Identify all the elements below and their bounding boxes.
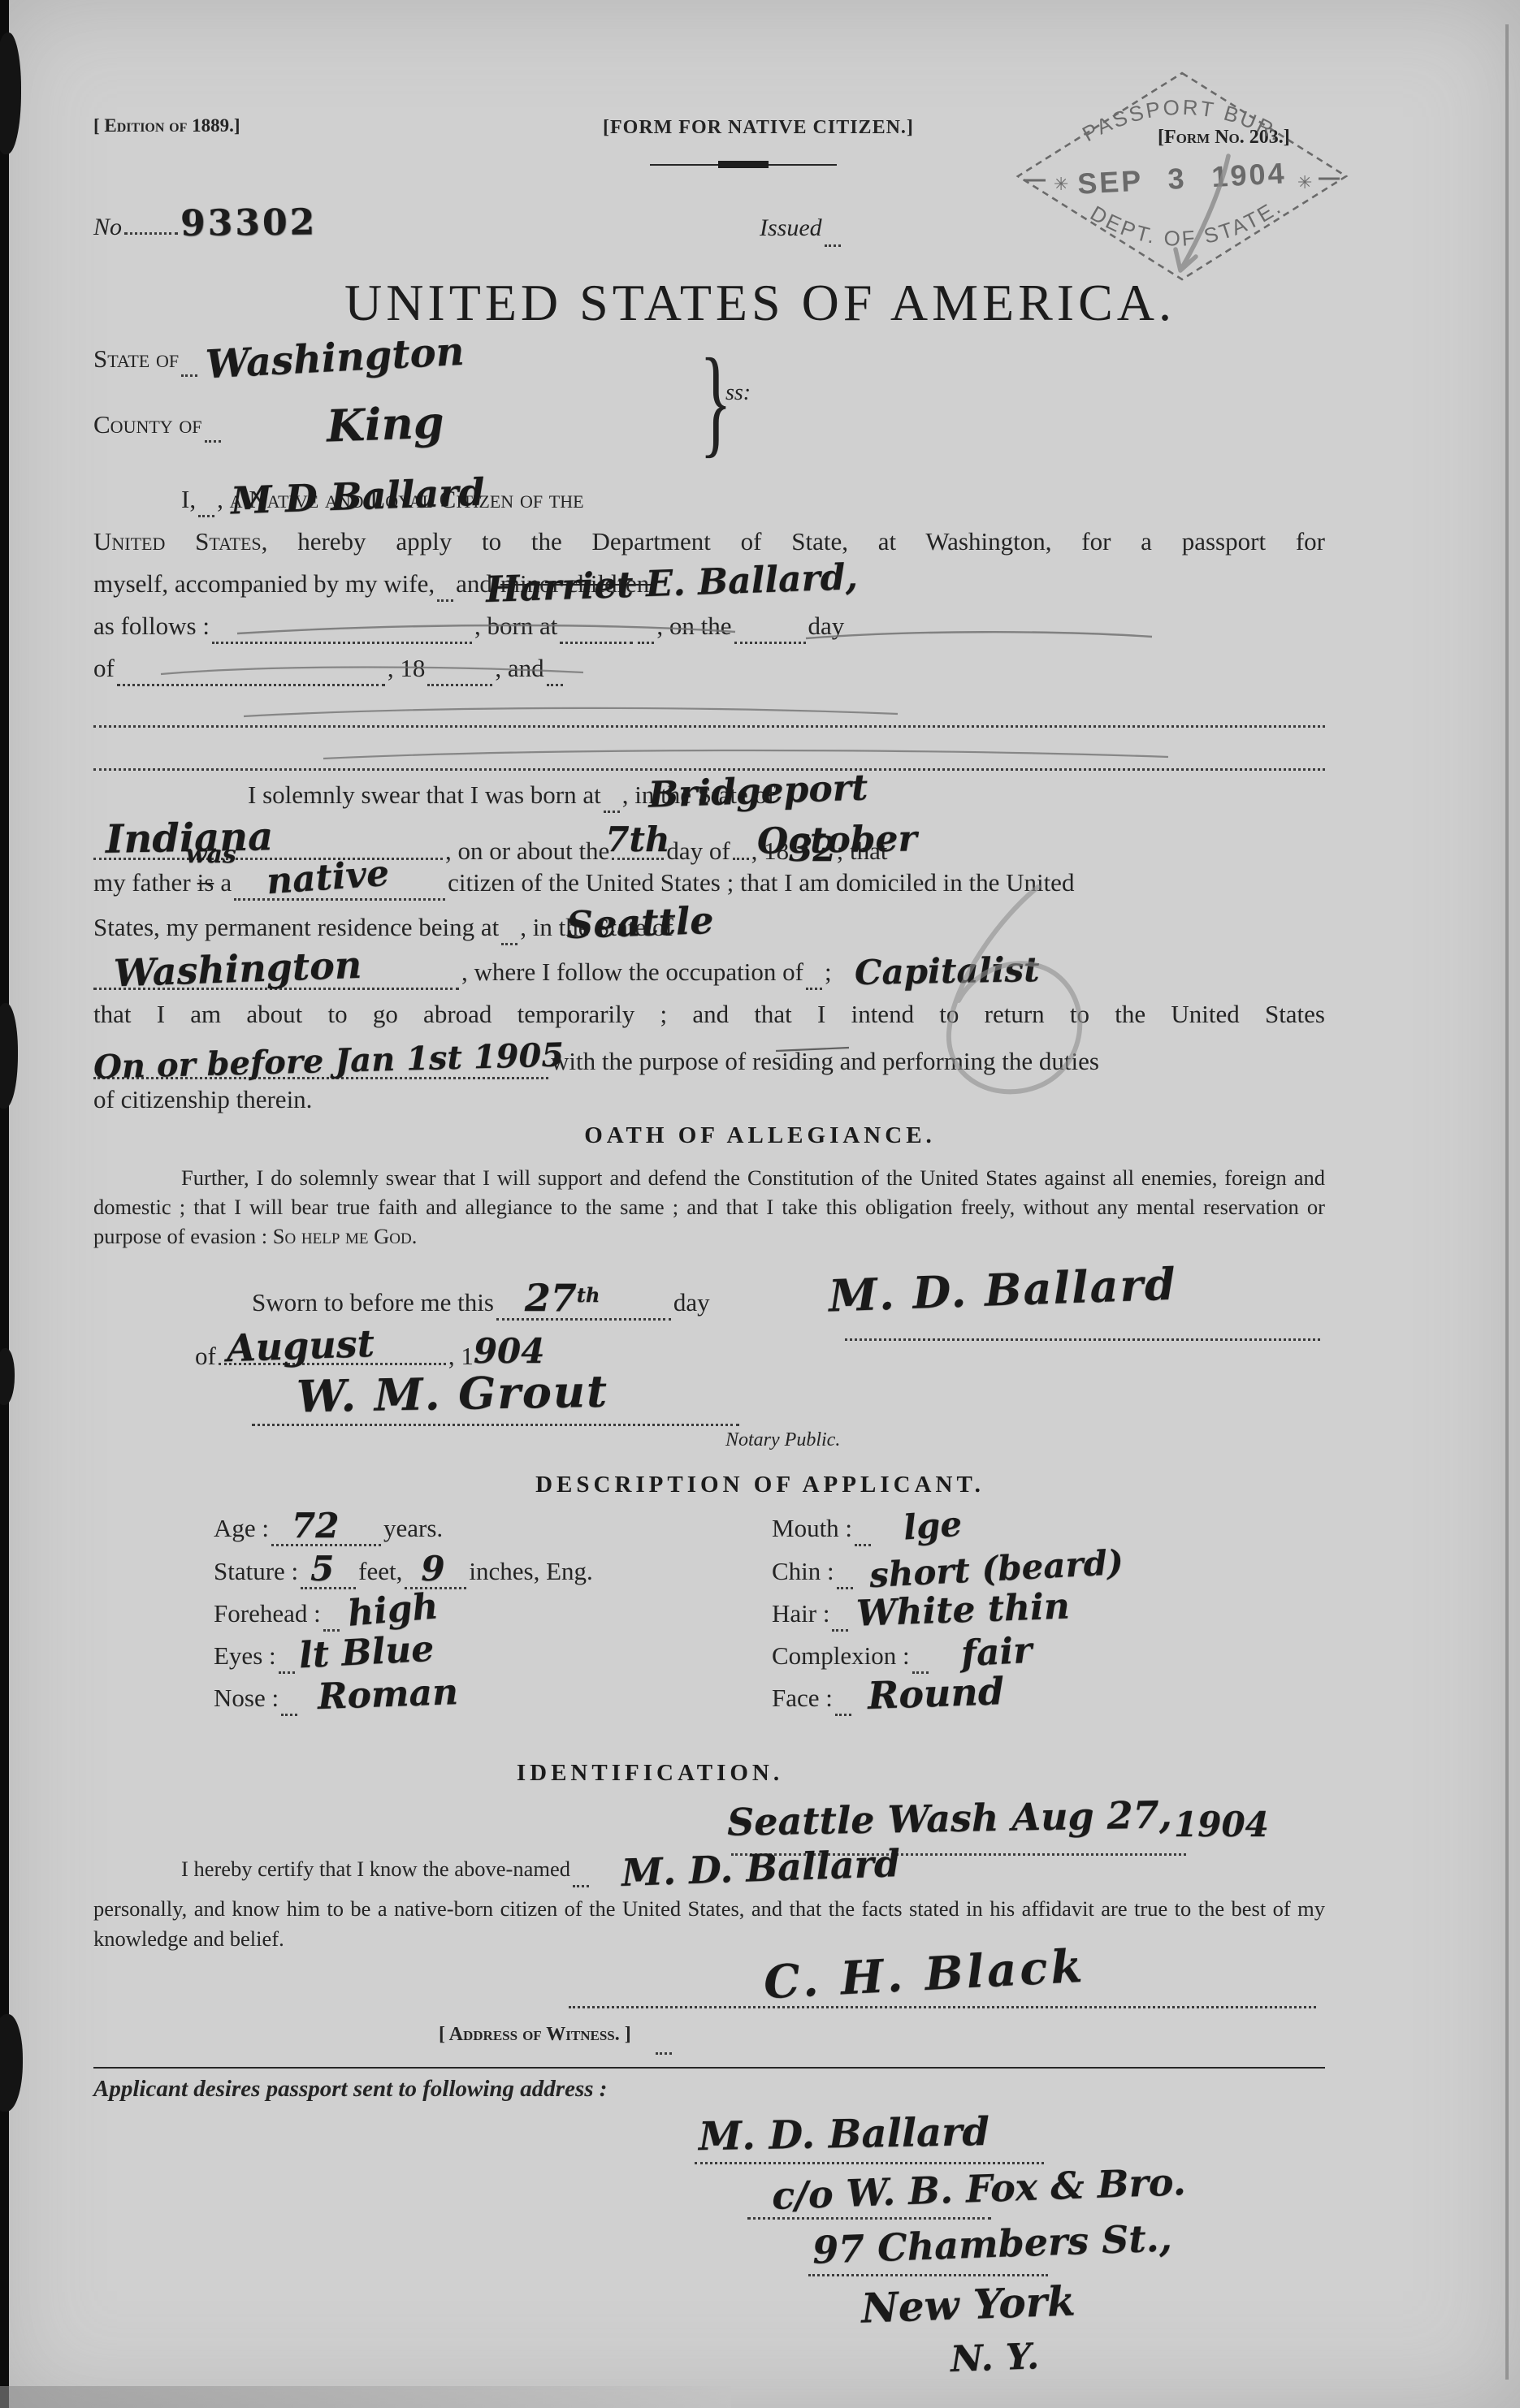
return-date-handwritten: On or before Jan 1st 1905 xyxy=(93,1035,564,1086)
dotted-blank xyxy=(638,642,654,644)
delivery-instruction: Applicant desires passport sent to follo… xyxy=(93,2076,607,2103)
scan-right-edge xyxy=(1505,24,1509,2380)
sworn-month-handwritten: August xyxy=(226,1321,375,1370)
state-dotted-blank: Washington xyxy=(181,374,197,377)
and2-label: , and xyxy=(495,654,543,683)
county-dotted-blank: King xyxy=(205,440,221,443)
return-date-dotted-blank: On or before Jan 1st 1905 xyxy=(93,1077,548,1079)
as-follows-label: as follows : xyxy=(93,612,210,641)
nose-label: Nose : xyxy=(214,1684,279,1713)
state-handwritten-value: Washington xyxy=(205,329,466,388)
occupation-semicolon: ; xyxy=(825,958,832,987)
dotted-blank-line xyxy=(93,725,1325,728)
scan-edge-blob xyxy=(0,1003,18,1109)
day-of-label: day of xyxy=(666,837,730,866)
dotted-blank xyxy=(734,642,806,644)
age-row: Age : 72 years. xyxy=(214,1514,734,1551)
certify-body: personally, and know him to be a native-… xyxy=(93,1894,1325,1954)
no-label: No xyxy=(93,214,122,241)
state-of-line: State of Washington xyxy=(93,344,696,382)
identification-heading: IDENTIFICATION. xyxy=(0,1760,1300,1787)
face-handwritten: Round xyxy=(867,1669,1005,1718)
form-type-label: [FORM FOR NATIVE CITIZEN.] xyxy=(603,117,914,139)
stamp-left-asterisk-icon: ✳ xyxy=(1054,174,1071,194)
applicant-name-handwritten: M D Ballard xyxy=(230,470,485,523)
of-label: of xyxy=(93,654,115,683)
feet-label: feet, xyxy=(358,1557,402,1586)
scan-edge-blob xyxy=(0,32,21,154)
nose-dotted-blank: Roman xyxy=(281,1714,297,1716)
closing-text: of citizenship therein. xyxy=(93,1085,312,1114)
forehead-row: Forehead : high xyxy=(214,1599,734,1636)
united-states-label: United States, xyxy=(93,527,267,556)
birth-month-dotted-blank: October xyxy=(733,858,749,860)
eyes-dotted-blank: lt Blue xyxy=(279,1671,295,1674)
mouth-handwritten: lge xyxy=(902,1504,963,1548)
notary-signature-line xyxy=(252,1424,739,1426)
birth-day-handwritten: 7th xyxy=(605,819,669,859)
pen-strike-line xyxy=(244,708,898,716)
notary-public-label: Notary Public. xyxy=(725,1429,840,1451)
closing-line: of citizenship therein. xyxy=(93,1085,1325,1122)
residence-prefix: States, my permanent residence being at xyxy=(93,913,499,942)
certify-line1: I hereby certify that I know the above-n… xyxy=(93,1857,1325,1892)
father-citizenship-handwritten: native xyxy=(265,853,390,902)
stature-inches-handwritten: 9 xyxy=(421,1549,444,1589)
sworn-year-handwritten: 904 xyxy=(474,1331,545,1371)
sworn-day-handwritten: 27 xyxy=(525,1276,577,1320)
stature-feet-dotted-blank: 5 xyxy=(301,1587,356,1589)
sworn-year-prefix: , 1 xyxy=(448,1342,474,1371)
address-of-witness-label: [ Address of Witness. ] xyxy=(439,2024,631,2046)
residence-dotted-blank: Seattle xyxy=(501,943,517,945)
mouth-label: Mouth : xyxy=(772,1514,852,1543)
father-is-struck: is xyxy=(197,868,214,897)
birth-day-dotted-blank: 7th xyxy=(612,858,664,860)
sworn-day-ordinal: th xyxy=(577,1283,600,1307)
dotted-blank xyxy=(427,684,492,686)
residence-state-dotted-blank: Washington xyxy=(93,988,459,990)
sworn-month-dotted-blank: August xyxy=(219,1363,446,1365)
forehead-dotted-blank: high xyxy=(323,1629,340,1632)
description-heading: DESCRIPTION OF APPLICANT. xyxy=(0,1472,1520,1498)
children-details-line: as follows : , born at , on the day xyxy=(93,612,1325,649)
delivery-line4-handwritten: New York xyxy=(860,2276,1076,2332)
mouth-dotted-blank: lge xyxy=(855,1544,871,1546)
sworn-month-line: of August , 1 904 xyxy=(195,1333,601,1370)
wife-name-handwritten: Harriet E. Ballard, xyxy=(485,556,858,611)
county-of-line: County of King xyxy=(93,410,696,447)
stamp-right-asterisk-icon: ✳ xyxy=(1297,172,1314,192)
dotted-blank xyxy=(212,642,472,644)
father-was-handwritten: was xyxy=(186,841,236,869)
sworn-prefix: Sworn to before me this xyxy=(252,1288,494,1317)
county-handwritten-value: King xyxy=(325,396,444,452)
inches-label: inches, Eng. xyxy=(469,1557,592,1586)
applicant-name-line: I, M D Ballard , a Native and Loyal Citi… xyxy=(93,485,1325,522)
age-label: Age : xyxy=(214,1514,269,1543)
mouth-row: Mouth : lge xyxy=(772,1514,1227,1551)
forehead-handwritten: high xyxy=(346,1585,440,1635)
pen-strike-line xyxy=(323,750,1168,759)
rule-thick-center xyxy=(718,161,769,168)
birthplace-handwritten: Bridgeport xyxy=(647,767,868,815)
face-label: Face : xyxy=(772,1684,833,1713)
face-dotted-blank: Round xyxy=(835,1714,851,1716)
oath-heading: OATH OF ALLEGIANCE. xyxy=(0,1122,1520,1149)
return-suffix: with the purpose of residing and perform… xyxy=(551,1047,1099,1076)
scan-edge-blob xyxy=(0,1348,15,1405)
section-divider-rule xyxy=(93,2067,1325,2069)
scan-bottom-shadow xyxy=(0,2386,731,2408)
delivery-line5-handwritten: N. Y. xyxy=(950,2336,1040,2380)
complexion-label: Complexion : xyxy=(772,1641,910,1671)
occupation-handwritten: Capitalist xyxy=(855,949,1040,992)
ss-label: ss: xyxy=(725,380,751,406)
chin-dotted-blank: short (beard) xyxy=(837,1587,853,1589)
hair-handwritten: White thin xyxy=(856,1585,1071,1634)
delivery-name-dotted-line xyxy=(695,2162,1044,2164)
occupation-clause: , where I follow the occupation of xyxy=(461,958,803,987)
birth-year-handwritten: 32 xyxy=(789,829,836,869)
delivery-line2-handwritten: c/o W. B. Fox & Bro. xyxy=(771,2159,1186,2218)
notary-signature: W. M. Grout xyxy=(296,1365,608,1423)
applicant-name-dotted-blank: M D Ballard xyxy=(198,515,214,517)
age-handwritten: 72 xyxy=(292,1506,339,1546)
residence-state-handwritten: Washington xyxy=(113,943,362,996)
year-18-label: , 18 xyxy=(388,654,426,683)
delivery-name-handwritten: M. D. Ballard xyxy=(699,2109,990,2159)
on-the-label: , on the xyxy=(656,612,731,641)
delivery-line2-dotted-line xyxy=(747,2217,991,2220)
eyes-label: Eyes : xyxy=(214,1641,276,1671)
birth-state-dotted-blank: Indiana xyxy=(93,858,443,860)
stamp-side-dashes xyxy=(1024,179,1340,180)
sworn-day-handwritten-wrapper: 27th xyxy=(525,1276,600,1320)
applicant-signature-line xyxy=(845,1338,1320,1341)
stature-row: Stature : 5 feet, 9 inches, Eng. xyxy=(214,1557,734,1594)
wife-line: myself, accompanied by my wife, Harriet … xyxy=(93,569,1325,607)
dotted-blank xyxy=(117,684,385,686)
certified-name-handwritten: M. D. Ballard xyxy=(621,1841,901,1895)
county-of-label: County of xyxy=(93,410,202,439)
father-citizenship-dotted-blank: native xyxy=(234,898,445,901)
swear-prefix: I solemnly swear that I was born at xyxy=(248,780,601,810)
dotted-blank xyxy=(547,684,563,686)
scan-edge-blob xyxy=(0,2014,23,2112)
so-help-me-god: So help me God. xyxy=(273,1224,418,1248)
wife-name-dotted-blank: Harriet E. Ballard, xyxy=(437,599,453,602)
born-at-label: , born at xyxy=(474,612,557,641)
delivery-line3-handwritten: 97 Chambers St., xyxy=(812,2216,1172,2272)
birth-month-handwritten: October xyxy=(756,818,917,862)
stature-label: Stature : xyxy=(214,1557,298,1586)
applicant-signature: M. D. Ballard xyxy=(828,1258,1178,1322)
age-suffix: years. xyxy=(383,1514,443,1543)
father-is-wrapper: is was xyxy=(197,868,214,897)
no-dotted-blank xyxy=(124,232,178,235)
nose-row: Nose : Roman xyxy=(214,1684,734,1721)
return-date-line: On or before Jan 1st 1905 with the purpo… xyxy=(93,1047,1325,1084)
residence-handwritten: Seattle xyxy=(565,898,714,947)
rule-thin-right xyxy=(769,164,837,166)
eyes-row: Eyes : lt Blue xyxy=(214,1641,734,1679)
address-of-witness-dotted-blank xyxy=(656,2052,672,2055)
forehead-label: Forehead : xyxy=(214,1599,321,1628)
application-number-stamped: 93302 xyxy=(180,201,318,244)
complexion-handwritten: fair xyxy=(959,1630,1033,1675)
issued-label: Issued xyxy=(760,214,822,242)
application-line2-rest: hereby apply to the Department of State,… xyxy=(297,527,1325,556)
about-clause: , on or about the xyxy=(445,837,609,866)
sworn-line: Sworn to before me this 27th day xyxy=(252,1288,772,1325)
sworn-of-label: of xyxy=(195,1342,216,1371)
application-number-line: No 93302 xyxy=(93,202,435,240)
stamp-date-text: SEP 3 1904 xyxy=(1076,156,1287,200)
issued-line: Issued xyxy=(760,214,1328,252)
dotted-blank xyxy=(560,642,633,644)
document-title: UNITED STATES OF AMERICA. xyxy=(0,273,1520,333)
father-prefix: my father xyxy=(93,868,191,897)
hair-label: Hair : xyxy=(772,1599,829,1628)
face-row: Face : Round xyxy=(772,1684,1227,1721)
nose-handwritten: Roman xyxy=(317,1671,459,1718)
chin-label: Chin : xyxy=(772,1557,834,1586)
identification-year-handwritten: 1904 xyxy=(1174,1805,1269,1844)
stature-feet-handwritten: 5 xyxy=(310,1549,334,1589)
edition-label: [ Edition of 1889.] xyxy=(93,115,240,136)
state-of-label: State of xyxy=(93,344,179,374)
dotted-blank-line xyxy=(93,768,1325,771)
certified-name-dotted-blank: M. D. Ballard xyxy=(573,1885,589,1887)
birthplace-line: I solemnly swear that I was born at Brid… xyxy=(93,780,1325,818)
eyes-handwritten: lt Blue xyxy=(297,1628,435,1677)
certify-prefix: I hereby certify that I know the above-n… xyxy=(181,1857,570,1882)
occupation-line: Washington , where I follow the occupati… xyxy=(93,958,1325,995)
birthplace-dotted-blank: Bridgeport xyxy=(604,811,620,813)
i-label: I, xyxy=(181,485,196,514)
residence-line: States, my permanent residence being at … xyxy=(93,913,1325,950)
sworn-day-dotted-blank: 27th xyxy=(496,1318,671,1321)
abroad-clause-line: that I am about to go abroad temporarily… xyxy=(93,1000,1325,1029)
birthdate-line: Indiana , on or about the 7th day of Oct… xyxy=(93,828,1325,865)
issued-dotted-blank xyxy=(825,244,841,247)
citizen-clause2: citizen of the United States ; that I am… xyxy=(448,868,1074,897)
decorative-rule xyxy=(650,161,837,168)
identification-place-date-handwritten: Seattle Wash Aug 27, xyxy=(727,1792,1173,1844)
witness-signature-line xyxy=(569,2006,1316,2008)
address-of-witness-line: [ Address of Witness. ] xyxy=(439,2024,1324,2060)
oath-body: Further, I do solemnly swear that I will… xyxy=(93,1163,1325,1251)
form-number-label: [Form No. 203.] xyxy=(1158,127,1290,149)
age-dotted-blank: 72 xyxy=(271,1544,381,1546)
occupation-dotted-blank: Capitalist xyxy=(806,988,822,990)
a-label: a xyxy=(220,868,232,897)
sworn-day-suffix: day xyxy=(673,1288,710,1317)
day-label: day xyxy=(808,612,845,641)
rule-thin-left xyxy=(650,164,718,166)
wife-prefix: myself, accompanied by my wife, xyxy=(93,569,435,599)
pencil-check-arrow xyxy=(1176,156,1228,270)
passport-application-document: [ Edition of 1889.] [FORM FOR NATIVE CIT… xyxy=(0,0,1520,2408)
application-line2: United States, hereby apply to the Depar… xyxy=(93,527,1325,556)
delivery-line3-dotted-line xyxy=(808,2274,1048,2276)
hair-dotted-blank: White thin xyxy=(832,1629,848,1632)
children-date-line: of , 18 , and xyxy=(93,654,1325,691)
